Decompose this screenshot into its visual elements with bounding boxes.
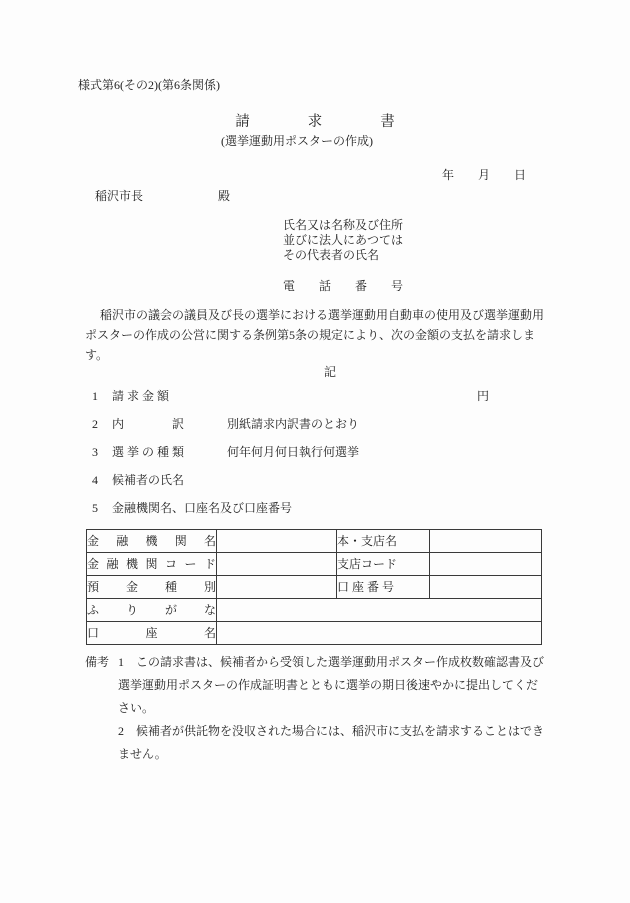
bank-name-input xyxy=(217,530,337,553)
bank-code-label: 金 融 機 関 コ ー ド xyxy=(87,553,217,576)
document-subtitle: (選挙運動用ポスターの作成) xyxy=(85,134,509,149)
item-list: 1 請 求 金 額 円 2 内 訳 別紙請求内訳書のとおり 3 選 挙 の 種 … xyxy=(85,389,545,516)
name-block-line: その代表者の氏名 xyxy=(283,248,545,263)
account-name-label: 口 座 名 xyxy=(87,622,217,645)
furigana-input xyxy=(217,599,542,622)
item-candidate-name: 4 候補者の氏名 xyxy=(92,473,545,488)
currency-unit: 円 xyxy=(477,389,489,404)
bank-name-label: 金 融 機 関 名 xyxy=(87,530,217,553)
document-title: 請 求 書 xyxy=(85,114,545,131)
furigana-label: ふ り が な xyxy=(87,599,217,622)
item-election-type: 3 選 挙 の 種 類 何年何月何日執行何選挙 xyxy=(92,445,545,460)
item-label: 内 訳 xyxy=(112,417,227,432)
form-id: 様式第6(その2)(第6条関係) xyxy=(78,78,545,93)
item-number: 2 xyxy=(92,417,112,432)
remark-note: 1 この請求書は、候補者から受領した選挙運動用ポスター作成枚数確認書及び選挙運動… xyxy=(118,651,545,720)
item-label: 請 求 金 額 xyxy=(112,389,227,404)
name-block-line: 氏名又は名称及び住所 xyxy=(283,218,545,233)
deposit-type-label: 預 金 種 別 xyxy=(87,576,217,599)
remarks-label: 備考 xyxy=(85,651,118,766)
item-label: 候補者の氏名 xyxy=(112,473,227,488)
item-breakdown: 2 内 訳 別紙請求内訳書のとおり xyxy=(92,417,545,432)
remark-note: 2 候補者が供託物を没収された場合には、稲沢市に支払を請求することはできません。 xyxy=(118,720,545,766)
deposit-type-input xyxy=(217,576,337,599)
body-paragraph: 稲沢市の議会の議員及び長の選挙における選挙運動用自動車の使用及び選挙運動用ポスタ… xyxy=(85,305,545,365)
item-number: 1 xyxy=(92,389,112,404)
bank-code-input xyxy=(217,553,337,576)
bank-account-table: 金 融 機 関 名 本・支店名 金 融 機 関 コ ー ド 支店コード 預 金 … xyxy=(86,529,542,645)
table-row: 預 金 種 別 口 座 番 号 xyxy=(87,576,542,599)
remarks-section: 備考 1 この請求書は、候補者から受領した選挙運動用ポスター作成枚数確認書及び選… xyxy=(85,651,545,766)
item-label: 選 挙 の 種 類 xyxy=(112,445,227,460)
item-bank-account: 5 金融機関名、口座名及び口座番号 xyxy=(92,501,545,516)
table-row: 金 融 機 関 コ ー ド 支店コード xyxy=(87,553,542,576)
item-number: 3 xyxy=(92,445,112,460)
branch-name-label: 本・支店名 xyxy=(337,530,430,553)
branch-code-input xyxy=(430,553,542,576)
record-marker: 記 xyxy=(115,365,545,379)
branch-code-label: 支店コード xyxy=(337,553,430,576)
date-line: 年 月 日 xyxy=(85,168,545,183)
remarks-notes: 1 この請求書は、候補者から受領した選挙運動用ポスター作成枚数確認書及び選挙運動… xyxy=(118,651,545,766)
item-value: 別紙請求内訳書のとおり xyxy=(227,417,359,432)
table-row: 口 座 名 xyxy=(87,622,542,645)
document-page: 様式第6(その2)(第6条関係) 請 求 書 (選挙運動用ポスターの作成) 年 … xyxy=(0,0,630,903)
branch-name-input xyxy=(430,530,542,553)
table-row: 金 融 機 関 名 本・支店名 xyxy=(87,530,542,553)
table-row: ふ り が な xyxy=(87,599,542,622)
account-number-label: 口 座 番 号 xyxy=(337,576,430,599)
item-number: 5 xyxy=(92,501,112,516)
item-label: 金融機関名、口座名及び口座番号 xyxy=(112,501,292,516)
addressee-line: 稲沢市長殿 xyxy=(95,189,545,204)
applicant-name-block: 氏名又は名称及び住所 並びに法人にあつては その代表者の氏名 xyxy=(283,218,545,263)
item-number: 4 xyxy=(92,473,112,488)
item-value: 何年何月何日執行何選挙 xyxy=(227,445,359,460)
phone-number-label: 電 話 番 号 xyxy=(283,279,545,294)
name-block-line: 並びに法人にあつては xyxy=(283,233,545,248)
account-number-input xyxy=(430,576,542,599)
addressee-name: 稲沢市長 xyxy=(95,189,143,203)
item-request-amount: 1 請 求 金 額 円 xyxy=(92,389,545,404)
addressee-honorific: 殿 xyxy=(218,189,230,203)
account-name-input xyxy=(217,622,542,645)
